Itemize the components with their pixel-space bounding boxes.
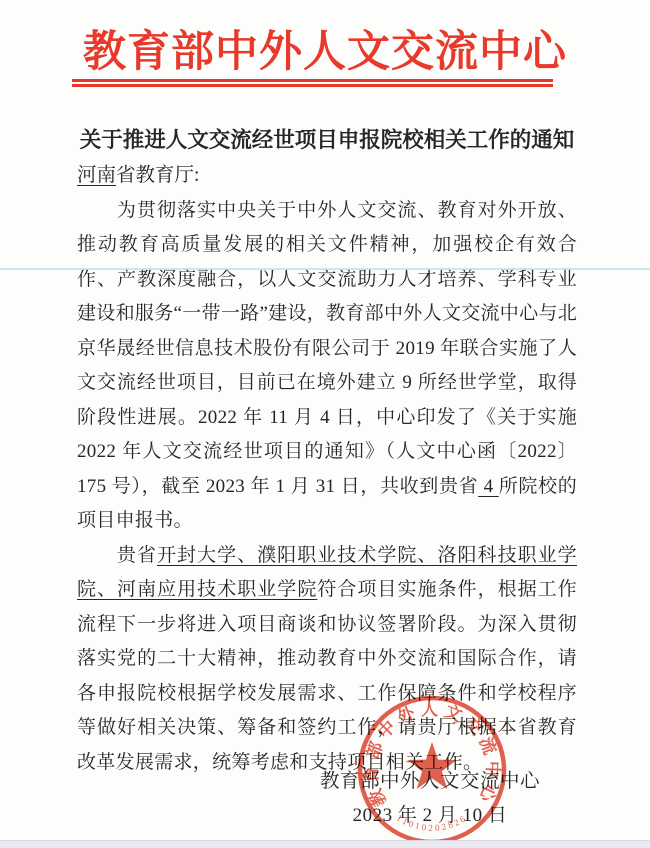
body-paragraph: 贵省开封大学、濮阳职业技术学院、洛阳科技职业学院、河南应用技术职业学院符合项目实…	[77, 539, 577, 781]
salutation-addressee-underlined: 河南	[77, 165, 116, 186]
salutation-rest: 省教育厅:	[116, 165, 199, 186]
paragraph-text: 贵省	[117, 545, 157, 566]
paragraph-text: 为贯彻落实中央关于中外人文交流、教育对外开放、推动教育高质量发展的相关文件精神，…	[77, 200, 577, 497]
document-page: 教育部中外人文交流中心 关于推进人文交流经世项目申报院校相关工作的通知 河南省教…	[0, 0, 650, 848]
signature-block: 教育部中外人文交流中心 2023 年 2 月 10 日	[295, 771, 565, 827]
signature-org-name: 教育部中外人文交流中心	[295, 771, 565, 793]
scan-artifact-cyan-line	[0, 268, 650, 270]
letterhead-org-name: 教育部中外人文交流中心	[0, 18, 650, 79]
document-content: 关于推进人文交流经世项目申报院校相关工作的通知 河南省教育厅: 为贯彻落实中央关…	[77, 121, 577, 780]
body-paragraph: 为贯彻落实中央关于中外人文交流、教育对外开放、推动教育高质量发展的相关文件精神，…	[77, 194, 577, 539]
underlined-text: 4	[478, 476, 499, 497]
document-body: 为贯彻落实中央关于中外人文交流、教育对外开放、推动教育高质量发展的相关文件精神，…	[77, 194, 577, 781]
scan-edge-bottom-band	[0, 840, 650, 848]
paragraph-text: 符合项目实施条件，根据工作流程下一步将进入项目商谈和协议签署阶段。为深入贯彻落实…	[77, 579, 577, 773]
salutation: 河南省教育厅:	[77, 159, 577, 194]
document-title: 关于推进人文交流经世项目申报院校相关工作的通知	[77, 121, 577, 159]
letterhead-double-rule	[72, 79, 553, 87]
signature-date: 2023 年 2 月 10 日	[295, 805, 565, 827]
